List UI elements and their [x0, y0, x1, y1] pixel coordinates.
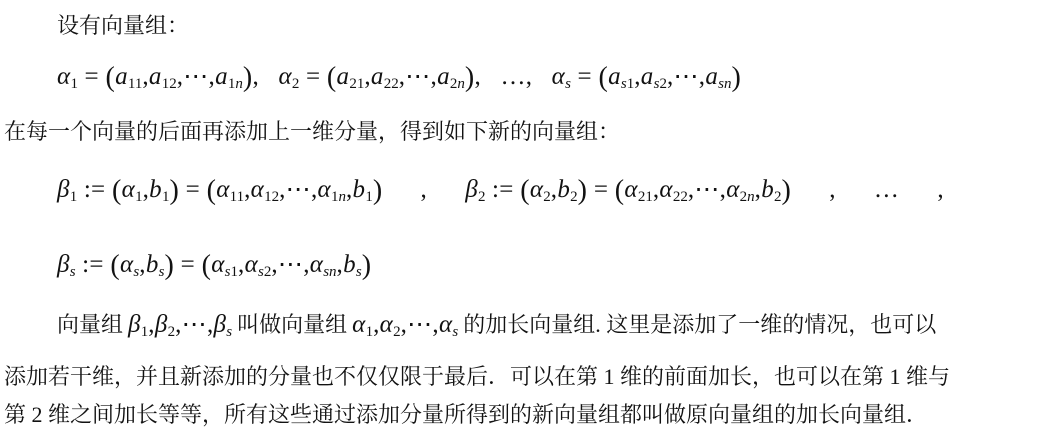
- math-expression: α1 = (a11,a12,⋯,a1n), α2 = (a21,a22,⋯,a2…: [57, 63, 741, 90]
- text-run: 添加若干维，并且新添加的分量也不仅仅限于最后．可以在第 1 维的前面加长，也可以…: [4, 364, 950, 389]
- text-run: 叫做向量组: [237, 312, 347, 337]
- math-expression: βs := (αs,bs) = (αs1,αs2,⋯,αsn,bs): [57, 251, 371, 278]
- text-run: 向量组: [57, 312, 123, 337]
- formula-beta-s: βs := (αs,bs) = (αs1,αs2,⋯,αsn,bs): [0, 240, 1062, 291]
- formula-beta-1-2: β1 := (α1,b1) = (α11,α12,⋯,α1n,b1) , β2 …: [0, 165, 1062, 216]
- math-expression: β1,β2,⋯,βs: [128, 311, 232, 338]
- paragraph-add-dimension: 在每一个向量的后面再添加上一维分量，得到如下新的向量组：: [0, 115, 1062, 149]
- math-expression: α1,α2,⋯,αs: [352, 311, 458, 338]
- paragraph-extension-2: 第 2 维之间加长等等，所有这些通过添加分量所得到的新向量组都叫做原向量组的加长…: [0, 397, 1062, 432]
- document-page: 设有向量组： α1 = (a11,a12,⋯,a1n), α2 = (a21,a…: [0, 0, 1062, 433]
- formula-alpha-group: α1 = (a11,a12,⋯,a1n), α2 = (a21,a22,⋯,a2…: [0, 54, 1062, 101]
- paragraph-definition: 向量组β1,β2,⋯,βs叫做向量组α1,α2,⋯,αs的加长向量组. 这里是添…: [0, 306, 1062, 344]
- text-run: 第 2 维之间加长等等，所有这些通过添加分量所得到的新向量组都叫做原向量组的加长…: [4, 402, 928, 427]
- line-intro: 设有向量组：: [0, 11, 1062, 41]
- math-expression: β1 := (α1,b1) = (α11,α12,⋯,α1n,b1) , β2 …: [57, 176, 944, 203]
- paragraph-extension-1: 添加若干维，并且新添加的分量也不仅仅限于最后．可以在第 1 维的前面加长，也可以…: [0, 359, 1062, 394]
- text-run: 在每一个向量的后面再添加上一维分量，得到如下新的向量组：: [4, 119, 620, 144]
- text-run: 的加长向量组. 这里是添加了一维的情况，也可以: [463, 312, 936, 337]
- text-run: 设有向量组：: [57, 13, 189, 38]
